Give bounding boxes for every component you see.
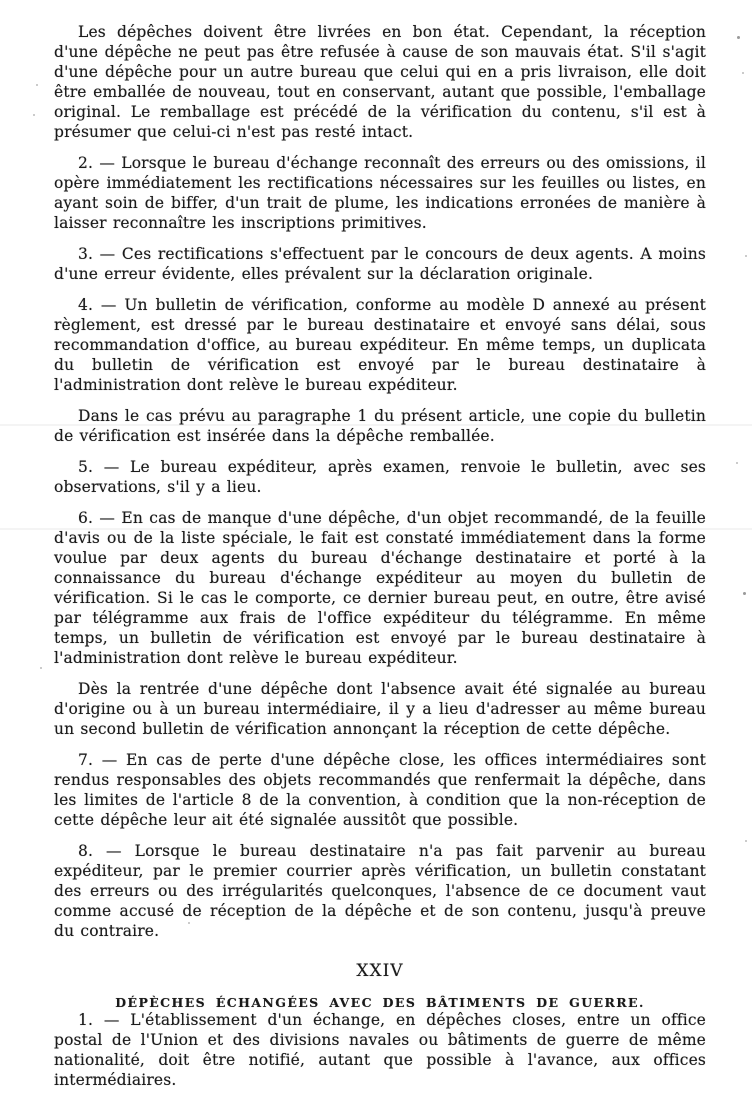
text-block: Les dépêches doivent être livrées en bon… [54,22,706,1090]
paragraph: 1. — L'établissement d'un échange, en dé… [54,1010,706,1090]
scan-speck [33,114,35,116]
scan-speck [743,592,746,595]
scan-speck [36,84,38,86]
scan-speck [430,913,432,915]
scan-speck [745,840,747,842]
paragraph: 2. — Lorsque le bureau d'échange reconna… [54,153,706,233]
section-title: DÉPÈCHES ÉCHANGÉES AVEC DES BÂTIMENTS DE… [54,995,706,1010]
paragraph: 7. — En cas de perte d'une dépêche close… [54,750,706,830]
paragraph-continuation: Dès la rentrée d'une dépêche dont l'abse… [54,679,706,739]
scan-speck [548,1008,550,1010]
paragraph: 4. — Un bulletin de vérification, confor… [54,295,706,395]
scan-speck [742,72,744,74]
paragraph: 6. — En cas de manque d'une dépêche, d'u… [54,508,706,668]
paragraph: 3. — Ces rectifications s'effectuent par… [54,244,706,284]
scan-speck [40,667,42,669]
paragraph: 5. — Le bureau expéditeur, après examen,… [54,457,706,497]
scan-speck [188,922,190,924]
scan-speck [745,255,747,257]
document-page: Les dépêches doivent être livrées en bon… [0,0,752,1115]
scan-speck [736,462,738,464]
scan-speck [737,36,740,39]
paragraph: 8. — Lorsque le bureau destinataire n'a … [54,841,706,941]
paragraph: Les dépêches doivent être livrées en bon… [54,22,706,142]
paragraph-continuation: Dans le cas prévu au paragraphe 1 du pré… [54,406,706,446]
section-number: XXIV [54,961,706,981]
